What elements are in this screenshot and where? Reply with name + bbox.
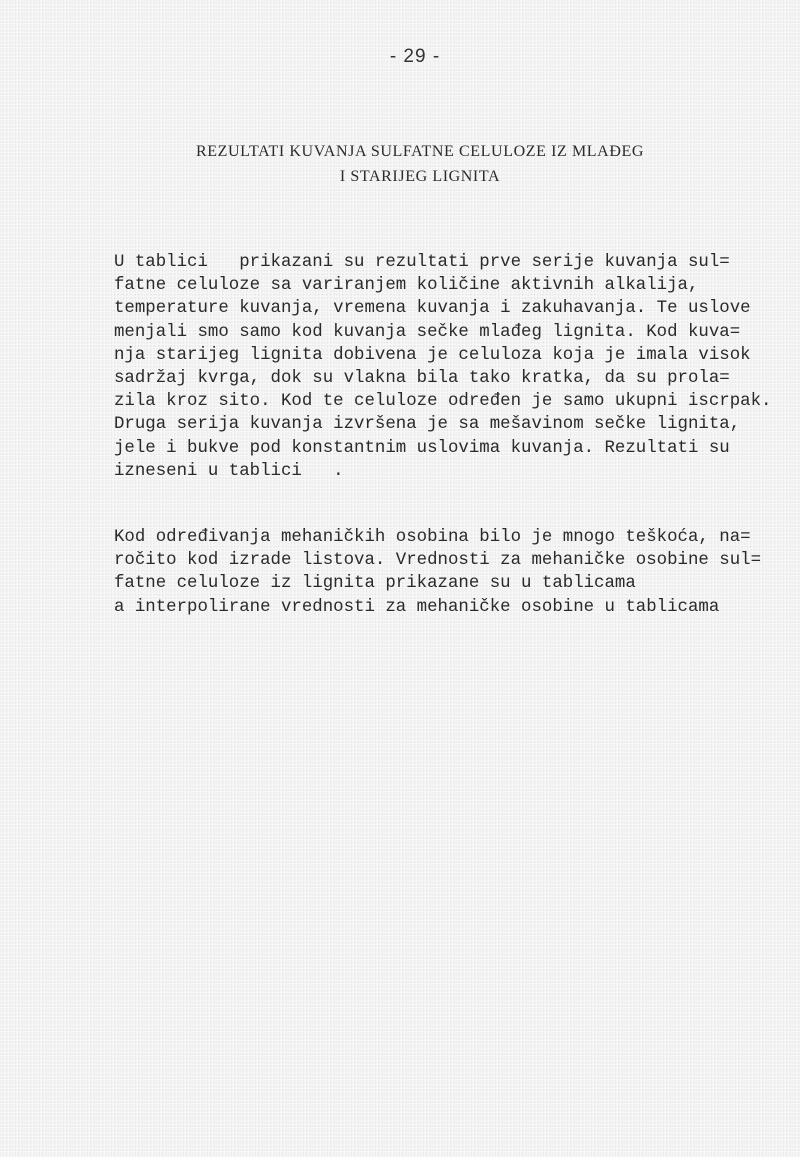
text-line: temperature kuvanja, vremena kuvanja i z… [114, 297, 800, 320]
text-line: Druga serija kuvanja izvršena je sa meša… [114, 413, 800, 436]
section-title-line: REZULTATI KUVANJA SULFATNE CELULOZE IZ M… [40, 139, 800, 164]
section-title: REZULTATI KUVANJA SULFATNE CELULOZE IZ M… [0, 139, 800, 189]
text-line: a interpolirane vrednosti za mehaničke o… [114, 596, 800, 619]
text-line: sadržaj kvrga, dok su vlakna bila tako k… [114, 367, 800, 390]
text-line: jele i bukve pod konstantnim uslovima ku… [114, 437, 800, 460]
text-line: izneseni u tablici . [114, 460, 800, 483]
page-number: - 29 - [0, 46, 800, 68]
text-line: Kod određivanja mehaničkih osobina bilo … [114, 526, 800, 549]
text-line: fatne celuloze sa variranjem količine ak… [114, 274, 800, 297]
text-line: ročito kod izrade listova. Vrednosti za … [114, 549, 800, 572]
section-title-line: I STARIJEG LIGNITA [40, 164, 800, 189]
paragraph-mechanical-properties: Kod određivanja mehaničkih osobina bilo … [114, 526, 800, 619]
paragraph-cooking-results: U tablici prikazani su rezultati prve se… [114, 251, 800, 483]
text-line: zila kroz sito. Kod te celuloze određen … [114, 390, 800, 413]
text-line: U tablici prikazani su rezultati prve se… [114, 251, 800, 274]
text-line: fatne celuloze iz lignita prikazane su u… [114, 572, 800, 595]
text-line: menjali smo samo kod kuvanja sečke mlađe… [114, 321, 800, 344]
text-line: nja starijeg lignita dobivena je celuloz… [114, 344, 800, 367]
